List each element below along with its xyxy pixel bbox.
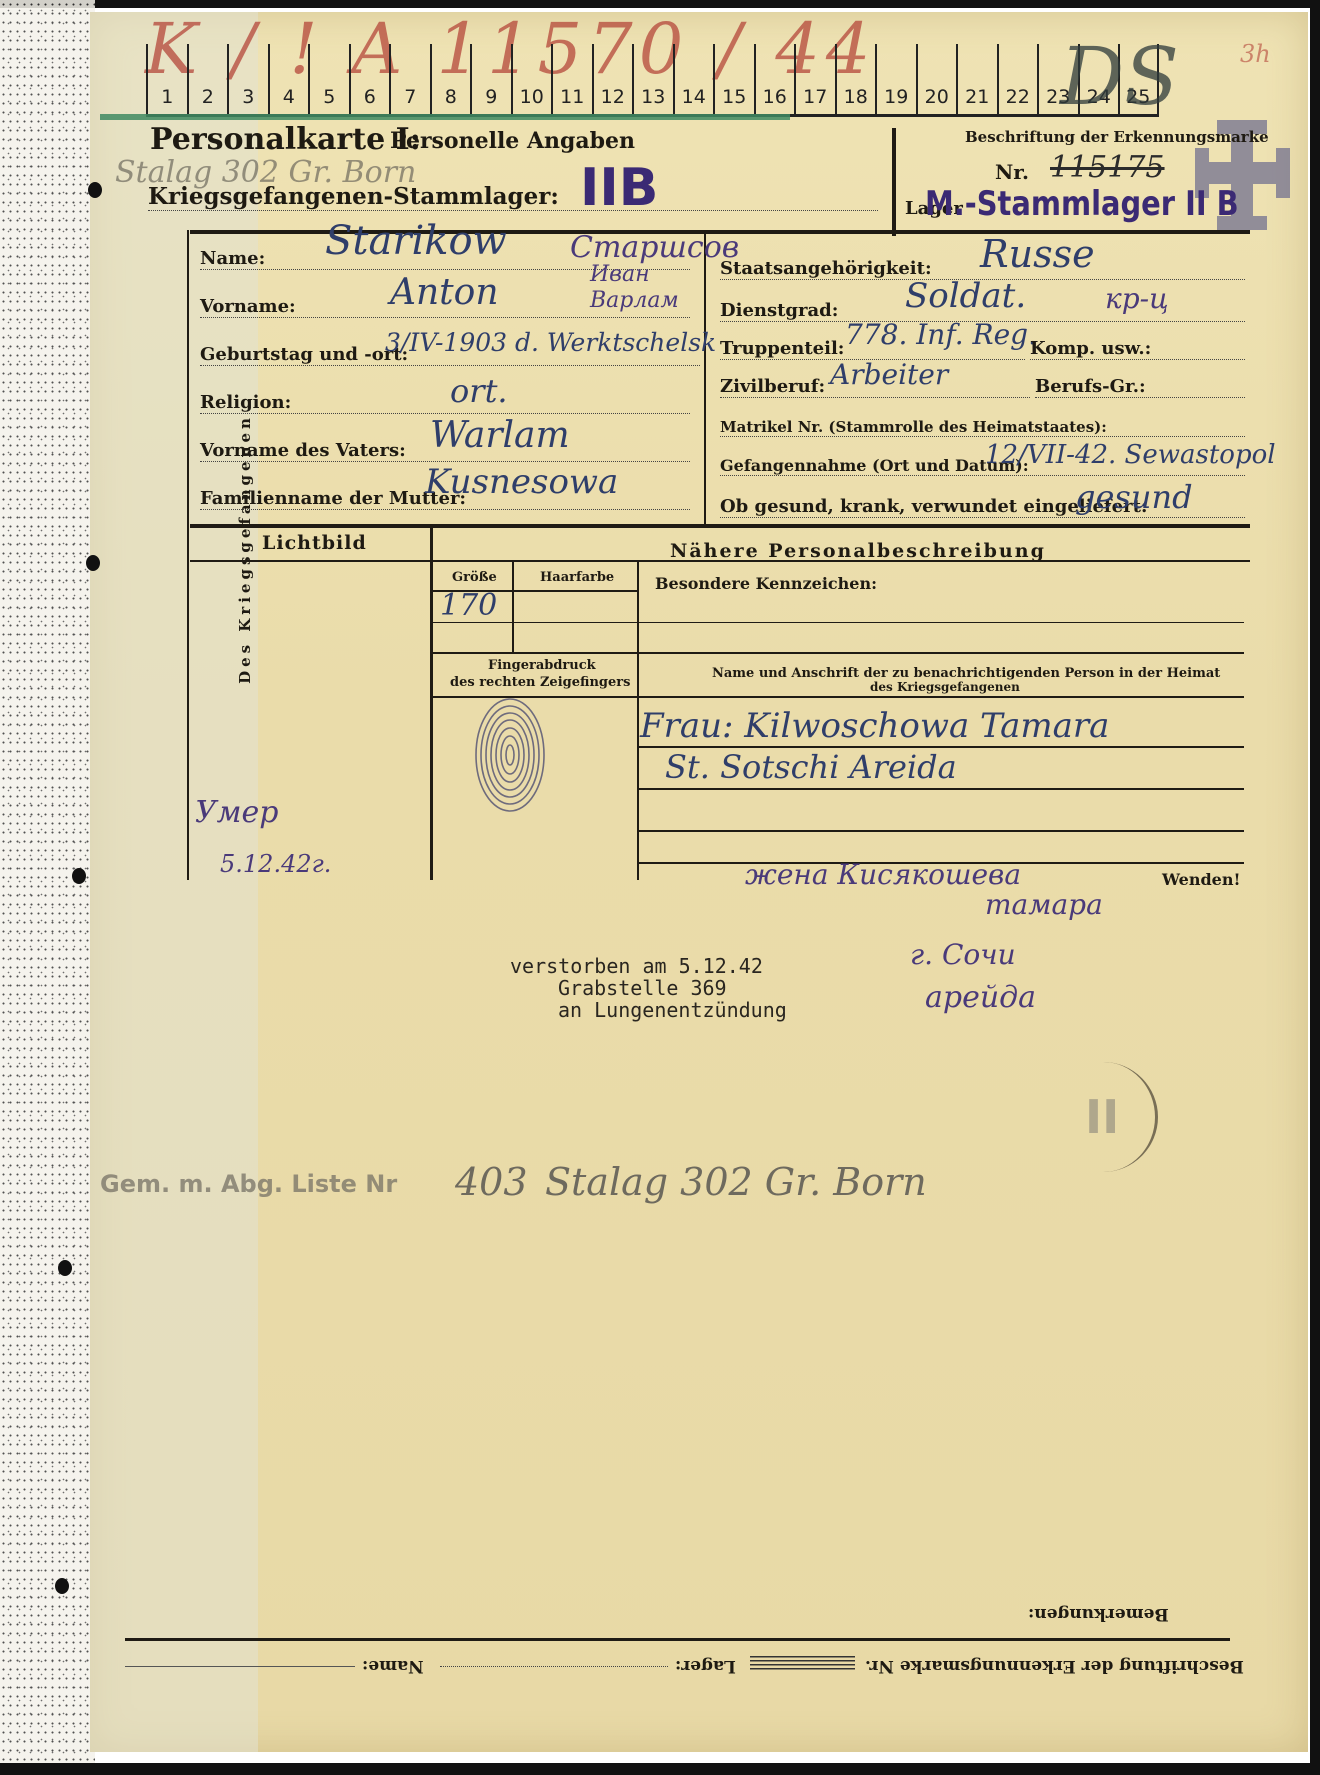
card-subtitle: Personelle Angaben: [390, 128, 635, 154]
value-religion: ort.: [450, 372, 508, 410]
tape-strip: [90, 12, 258, 1752]
death-note-word: Умер: [195, 795, 279, 830]
value-birth: 3/IV-1903 d. Werktschelsk: [385, 328, 716, 357]
value-nationality: Russe: [980, 232, 1095, 276]
scan-border-right: [1310, 0, 1320, 1775]
ruler-cell: 4: [268, 44, 309, 114]
ruler-cell: 10: [511, 44, 552, 114]
turn-label: Wenden!: [1162, 870, 1241, 889]
note-rank-cyrillic: кр-ц: [1105, 282, 1169, 315]
fingerprint-icon: [470, 695, 550, 820]
fingerprint-label-2: des rechten Zeigefingers: [450, 675, 630, 690]
ruler-cell: 1: [146, 44, 187, 114]
death-note-date: 5.12.42г.: [220, 850, 331, 878]
ruler-cell: 11: [551, 44, 592, 114]
fingerprint-label-1: Fingerabdruck: [488, 658, 596, 673]
hair-label: Haarfarbe: [540, 570, 614, 585]
contact-rule-3: [639, 830, 1244, 832]
ruler-cell: 14: [673, 44, 714, 114]
field-religion: Religion:: [200, 392, 690, 414]
section-rule: [190, 524, 1250, 528]
typed-death-note: verstorben am 5.12.42 Grabstelle 369 an …: [510, 955, 787, 1021]
value-occupation: Arbeiter: [830, 358, 948, 391]
value-capture: 12/VII-42. Sewastopol: [985, 440, 1276, 470]
footer-lager-label: Lager:: [675, 1656, 736, 1676]
footer-lager-line: [440, 1666, 668, 1667]
ruler-cell: 8: [430, 44, 471, 114]
footer-tag-lines: [750, 1656, 855, 1672]
contact-rule-2: [639, 788, 1244, 790]
contact-header-rule: [432, 696, 1244, 698]
marks-divider: [637, 562, 639, 880]
ruler-cell: 2: [187, 44, 228, 114]
form-left-border: [187, 230, 189, 880]
list-handwritten: Stalag 302 Gr. Born: [545, 1160, 927, 1204]
ruler-cell: 19: [875, 44, 916, 114]
ruler-cell: 21: [956, 44, 997, 114]
russian-note-tamara: тамара: [985, 888, 1103, 921]
field-company: Komp. usw.:: [1030, 338, 1245, 360]
tag-lager-stamp: M.-Stammlager II B: [925, 184, 1239, 224]
marks-label: Besondere Kennzeichen:: [655, 574, 877, 593]
number-ruler: 1 2 3 4 5 6 7 8 9 10 11 12 13 14 15 16 1…: [146, 44, 1159, 117]
punch-hole: [58, 1260, 72, 1276]
contact-line-2: St. Sotschi Areida: [665, 748, 957, 786]
footer-name-label: Name:: [362, 1656, 424, 1676]
punch-hole: [72, 868, 86, 884]
list-number: 403: [455, 1160, 528, 1204]
ruler-cell: 17: [794, 44, 835, 114]
footer-name-line: [125, 1666, 355, 1667]
ruler-cell: 18: [835, 44, 876, 114]
russian-note-wife: жена Кисякошева: [745, 858, 1021, 891]
value-vorname: Anton: [390, 272, 499, 313]
typed-line-2: Grabstelle 369: [510, 977, 787, 999]
size-row-rule: [432, 622, 637, 623]
footer-rule: [125, 1638, 1230, 1641]
ruler-cell: 7: [389, 44, 430, 114]
tag-nr-label: Nr.: [995, 160, 1029, 184]
scan-border-bottom: [0, 1763, 1320, 1775]
typed-line-3: an Lungenentzündung: [510, 999, 787, 1021]
value-rank: Soldat.: [905, 276, 1026, 316]
description-heading: Nähere Personalbeschreibung: [670, 540, 1046, 562]
camp-stamp-value: IIB: [580, 158, 658, 218]
field-matrikel: Matrikel Nr. (Stammrolle des Heimatstaat…: [720, 418, 1245, 437]
size-divider: [512, 562, 514, 654]
ruler-cell: 5: [308, 44, 349, 114]
ruler-cell: 13: [632, 44, 673, 114]
punch-hole: [86, 555, 100, 571]
russian-note-sochi: г. Сочи: [910, 938, 1016, 971]
value-health: gesund: [1075, 478, 1193, 516]
tag-nr-value: 115175: [1050, 150, 1165, 185]
ruler-cell: 3: [227, 44, 268, 114]
photo-divider: [430, 524, 433, 880]
value-father: Warlam: [430, 415, 570, 456]
ruler-cell: 15: [713, 44, 754, 114]
punch-hole: [88, 182, 102, 198]
footer-tag-label: Beschriftung der Erkennungsmarke Nr.: [865, 1656, 1244, 1676]
value-mother: Kusnesowa: [425, 462, 618, 502]
header-divider: [892, 128, 896, 236]
ruler-cell: 9: [470, 44, 511, 114]
photo-label: Lichtbild: [262, 532, 367, 554]
remarks-label: Bemerkungen:: [1028, 1604, 1169, 1624]
contact-heading-2: des Kriegsgefangenen: [870, 680, 1020, 694]
description-rule: [190, 560, 1250, 562]
russian-note-areida: арейда: [925, 980, 1036, 1015]
ruler-cell: 6: [349, 44, 390, 114]
value-name: Starikow: [325, 218, 507, 264]
field-occupation-group: Berufs-Gr.:: [1035, 376, 1245, 398]
tag-heading: Beschriftung der Erkennungsmarke: [965, 128, 1269, 146]
ruler-cell: 12: [592, 44, 633, 114]
ruler-cell: 22: [997, 44, 1038, 114]
circle-stamp-text: II: [1085, 1090, 1119, 1144]
handwritten-mark-ds: DS: [1060, 30, 1179, 123]
note-vorname-cyrillic: Иван Варлам: [590, 262, 710, 314]
size-label: Größe: [452, 570, 497, 585]
green-stripe: [100, 114, 790, 120]
scan-border-top: [0, 0, 1320, 8]
marks-rule: [639, 622, 1244, 623]
value-unit: 778. Inf. Reg.: [845, 318, 1037, 351]
punch-hole: [55, 1578, 69, 1594]
note-name-cyrillic: Старшсов: [570, 230, 739, 265]
contact-heading-1: Name und Anschrift der zu benachrichtige…: [712, 666, 1220, 681]
scan-noise-margin: [0, 0, 95, 1775]
typed-line-1: verstorben am 5.12.42: [510, 955, 787, 977]
ruler-cell: 16: [754, 44, 795, 114]
size-value: 170: [440, 588, 497, 623]
card-title: Personalkarte I:: [150, 122, 421, 157]
handwritten-mark-corner: 3h: [1240, 40, 1271, 68]
ruler-cell: 20: [916, 44, 957, 114]
camp-label: Kriegsgefangenen-Stammlager:: [148, 183, 878, 211]
list-stamp: Gem. m. Abg. Liste Nr: [100, 1170, 397, 1198]
contact-line-1: Frau: Kilwoschowa Tamara: [640, 706, 1109, 746]
fingerprint-rule: [432, 652, 1244, 654]
